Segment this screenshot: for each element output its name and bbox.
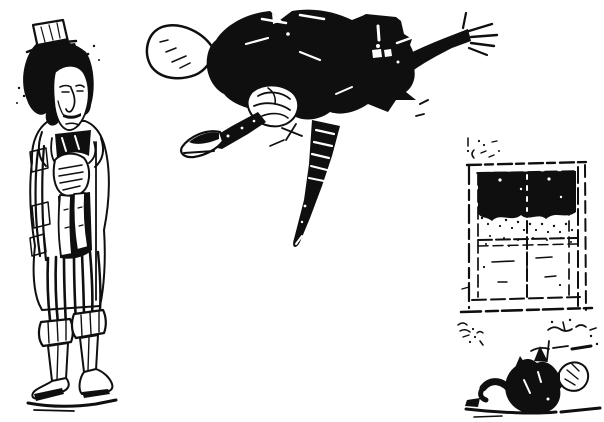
scribble-dot [498,150,500,152]
dust-stroke [463,335,469,337]
debris-line [553,346,568,348]
ground-shadow [28,400,116,406]
top-hat-highlight [378,26,379,40]
standing-man-figure [16,20,116,411]
stipple-dot [541,223,543,225]
shin-fleck [253,120,256,123]
stipple-dot [487,223,489,225]
leg-right [293,120,340,247]
cuff-fold [57,320,58,341]
hat-gap-2 [384,49,392,57]
top-hat-dot [376,44,380,48]
stipple-dot [565,223,567,225]
stipple-dot [570,241,572,243]
frame-bottom-inner [472,297,580,300]
debris-stroke [548,327,572,331]
scribble [492,141,497,142]
flying-man-figure [147,10,497,247]
scribble [472,150,474,158]
debris-stroke [590,328,596,330]
pane-fleck [547,177,550,180]
coat-fleck [397,61,400,64]
leg-fleck [301,221,303,223]
ground-line-3 [474,416,502,417]
debris-dot [590,335,592,337]
fleck [98,59,100,61]
scribble [481,151,486,153]
ground-clod [465,398,480,407]
fleck [87,53,90,56]
window-vignette [461,138,592,312]
debris-dot [551,321,553,323]
coat-fleck [286,32,290,36]
scribbles-above-window [467,138,500,158]
debris-bar [572,346,591,349]
boot-sole-flap [559,362,588,390]
sprawled-arm [483,382,512,392]
illustration-stage [0,0,604,422]
frame-right-outer [585,165,586,310]
stipple-dot [546,239,548,241]
stipple-dot [503,237,505,239]
dust-stroke [458,323,467,325]
stipple-dot [489,235,491,237]
scribble-dot [467,150,469,152]
debris-dot [596,343,598,345]
sketch-dot [559,284,561,286]
finger [471,35,497,37]
cuff-fold [48,322,49,343]
stipple-dot [523,229,525,231]
stipple-dot [508,245,510,247]
lower-pane-sketch [492,261,514,262]
stipple-dot [529,223,531,225]
hat-gap-1 [372,49,382,58]
frame-top [467,162,587,165]
stipple-dot [559,231,561,233]
stipple-dot [485,243,487,245]
stipple-dot [571,229,573,231]
stipple-dot [517,239,519,241]
pane-fleck [560,196,562,198]
motion-scribble-2 [286,124,296,140]
shin-fleck [227,135,230,138]
illustration-canvas [0,0,604,422]
ground-shadow-2 [34,410,74,411]
stipple-dot [511,227,513,229]
finger [469,24,492,31]
boot-cuff-right [72,310,106,338]
dust-stroke [477,332,483,334]
fleck [23,95,25,97]
sketch-dot [483,266,485,268]
lower-pane-sketch [536,257,552,258]
stipple-dot [494,216,496,218]
crashed-man-vignette [458,319,600,417]
mullion-horizontal [478,238,577,240]
lower-pane-sketch [545,276,556,277]
body-fleck [547,398,550,401]
pane-fleck [498,178,501,181]
scribble [489,155,494,157]
finger [469,48,487,55]
fleck [16,102,18,104]
cuff-fold [90,313,91,334]
hands-clasped [54,154,89,197]
stipple-dot [560,237,562,239]
mullion-horizontal-2 [478,244,577,246]
debris-dot [569,319,571,321]
stipple-dot [499,225,501,227]
coat-body-mass [207,10,416,120]
debris-tick [480,341,483,345]
shaft-shade [57,346,58,379]
dust-dot [474,336,476,338]
leg-fleck [304,205,307,208]
shin-fleck [241,127,244,130]
pane-fleck [520,188,522,190]
motion-scribble-3 [270,140,284,146]
boot-cuff-left [39,319,73,346]
stipple-dot [553,225,555,227]
shaft-shade [88,338,89,370]
coat-tail-flap [147,25,214,78]
coat-tail-tick [416,114,424,116]
scribble-dot [483,144,485,146]
scribble-dot [478,140,480,142]
thumb [463,13,466,28]
ground-line-2 [561,408,600,412]
dust-dot [469,341,471,343]
stipple-dot [505,219,507,221]
debris-tick [563,322,565,331]
dust-puff-left [458,323,483,343]
stipple-dot [532,237,534,239]
stipple-dot [547,231,549,233]
stipple-dot [481,217,483,219]
stipple-dot [517,221,519,223]
fleck [93,45,95,47]
cuff-fold [81,315,82,336]
dust-dot [472,328,474,330]
coat-tail-tick [420,100,428,104]
frame-bottom-outer [461,308,592,312]
debris-stroke [576,325,586,327]
debris-stick [547,341,549,360]
finger [471,43,494,46]
dust-stroke [460,330,470,332]
fleck [18,87,20,89]
stripe [82,254,84,320]
stipple-dot [535,229,537,231]
crashed-body [505,359,563,414]
scarf-strip-1 [59,195,72,256]
